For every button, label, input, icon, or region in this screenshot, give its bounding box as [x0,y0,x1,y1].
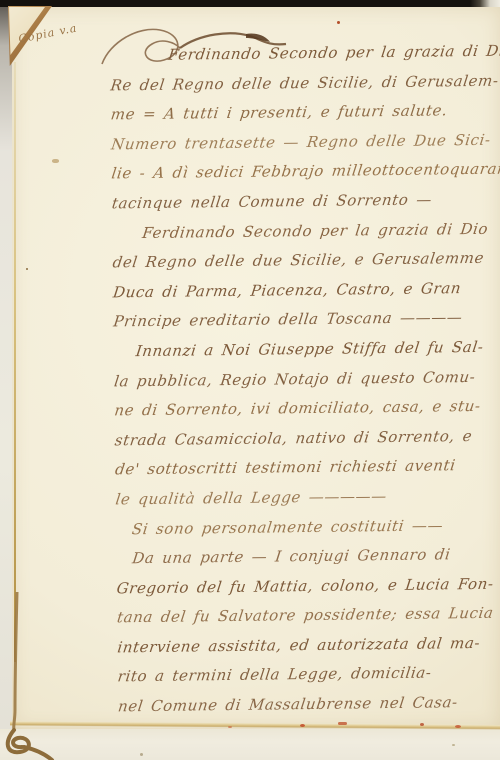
manuscript-text: Ferdinando Secondo per la grazia di Dio … [108,35,500,722]
manuscript-line: strada Casamicciola, nativo di Sorrento,… [113,419,500,455]
manuscript-line: rito a termini della Legge, domicilia- [116,656,500,692]
foxing-speck [140,753,143,756]
manuscript-line: lie - A dì sedici Febbrajo milleottocent… [110,153,500,189]
manuscript-scan: Copia v.a Ferdinando Secondo per la graz… [0,0,500,760]
manuscript-line: nel Comune di Massalubrense nel Casa- [116,686,500,722]
foxing-speck [337,21,340,24]
binding-thread-icon [0,592,70,760]
manuscript-line: Innanzi a Noi Giuseppe Stiffa del fu Sal… [134,330,500,366]
manuscript-line: Ferdinando Secondo per la grazia di Dio [140,212,500,248]
manuscript-line: Ferdinando Secondo per la grazia di Dio [166,35,500,71]
wax-speck [228,726,232,728]
manuscript-line: tacinque nella Comune di Sorrento — [110,183,500,219]
wax-speck [420,723,424,726]
manuscript-line: tana del fu Salvatore possidente; essa L… [115,597,500,633]
manuscript-line: ne di Sorrento, ivi domiciliato, casa, e… [113,390,500,426]
wax-speck [300,724,305,727]
manuscript-line: Numero trentasette — Regno delle Due Sic… [109,123,500,159]
foxing-speck [452,744,455,746]
manuscript-line: del Regno delle due Sicilie, e Gerusalem… [111,242,500,278]
wax-speck [455,725,461,728]
manuscript-line: Duca di Parma, Piacenza, Castro, e Gran [111,271,500,307]
underlying-page [0,729,500,760]
manuscript-line: le qualità della Legge ————— [114,478,500,514]
wax-speck [338,722,347,725]
scanner-top-strip [0,0,500,7]
foxing-speck [52,159,59,163]
manuscript-line: Principe ereditario della Toscana ———— [111,301,500,337]
manuscript-line: me = A tutti i presenti, e futuri salute… [109,94,500,130]
manuscript-line: Da una parte — I conjugi Gennaro di [130,538,500,574]
manuscript-line: interviene assistita, ed autorizzata dal… [115,626,500,662]
binding-fold-line [14,62,16,662]
foxing-speck [26,268,28,270]
manuscript-line: de' sottoscritti testimoni richiesti ave… [113,449,500,485]
